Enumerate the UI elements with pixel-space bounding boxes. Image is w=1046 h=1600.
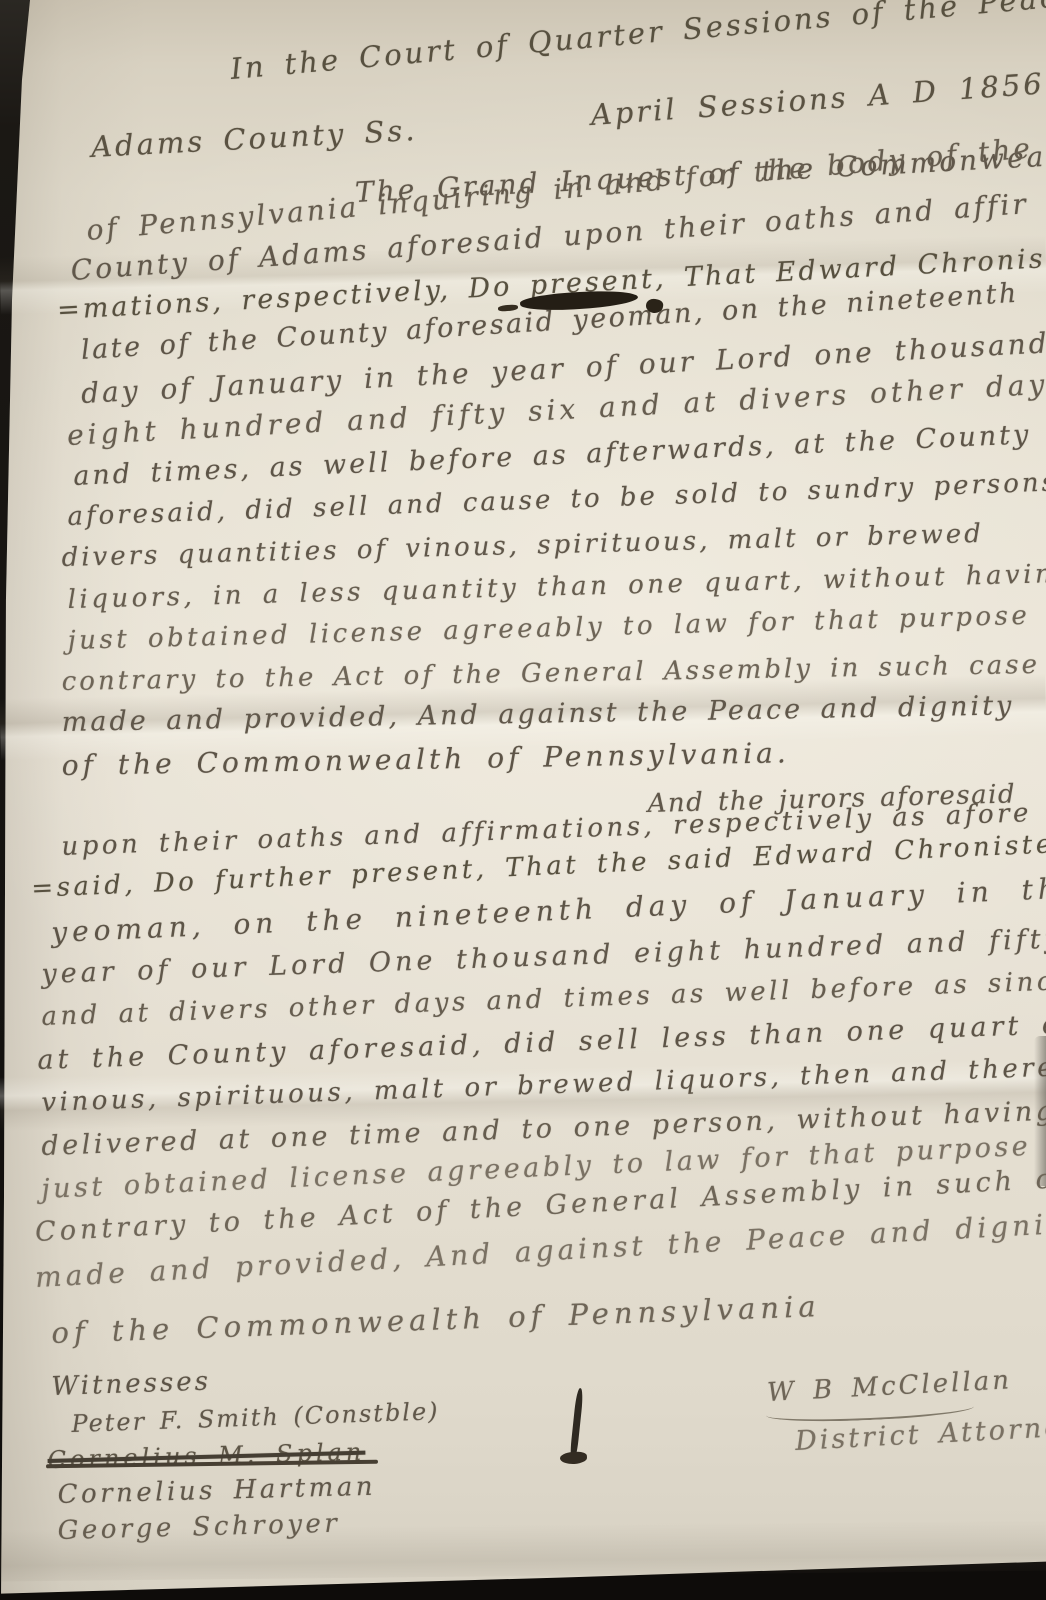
photograph-of-document: In the Court of Quarter Sessions of the … <box>0 0 1046 1600</box>
witnesses-heading: Witnesses <box>51 1366 212 1402</box>
